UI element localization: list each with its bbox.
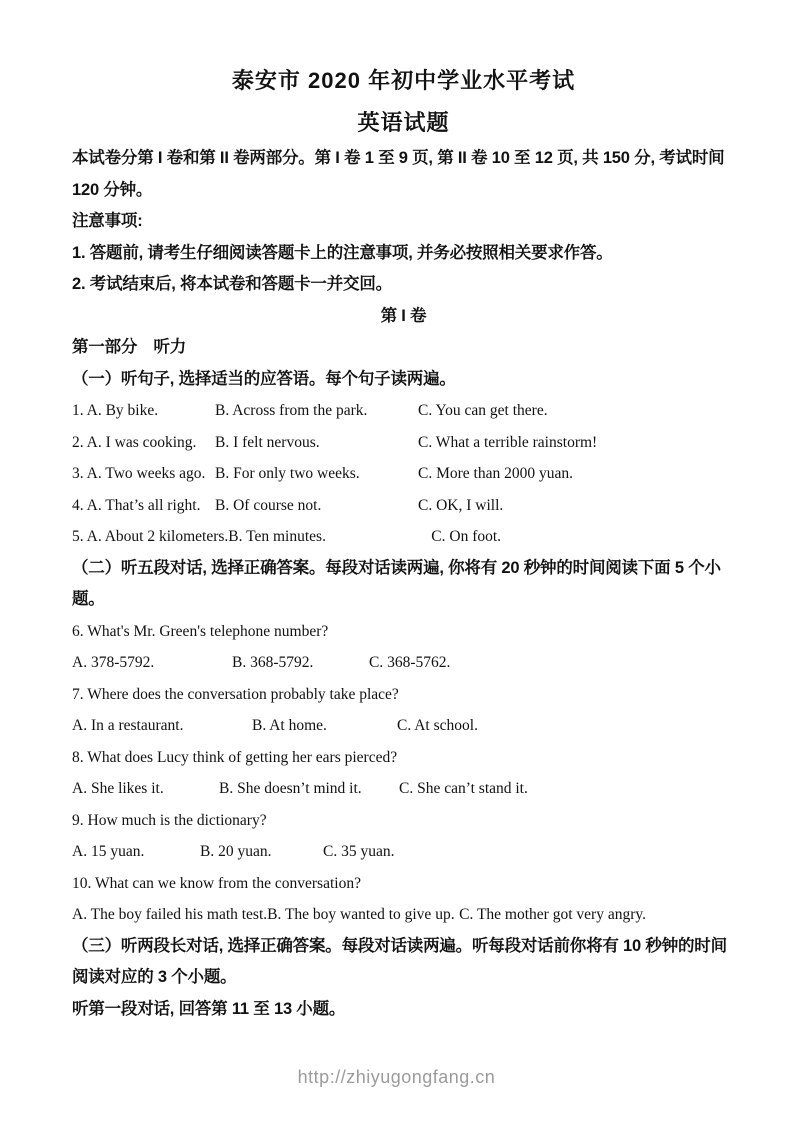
listening-q2-options-row: 2. A. I was cooking.B. I felt nervous.C.… (72, 427, 735, 459)
question-8-text: 8. What does Lucy think of getting her e… (72, 742, 735, 774)
option-a: A. In a restaurant. (72, 710, 252, 742)
option-a: 2. A. I was cooking. (72, 427, 215, 459)
part-heading: 第一部分 听力 (72, 332, 735, 364)
option-c: C. The mother got very angry. (459, 899, 646, 931)
option-a: A. 15 yuan. (72, 836, 200, 868)
question-7-options-row: A. In a restaurant.B. At home.C. At scho… (72, 710, 735, 742)
option-c: C. On foot. (431, 521, 501, 553)
listening-q1-options-row: 1. A. By bike.B. Across from the park.C.… (72, 395, 735, 427)
option-a: A. 378-5792. (72, 647, 232, 679)
intro-line-2: 120 分钟。 (72, 175, 735, 207)
section3-subheading: 听第一段对话, 回答第 11 至 13 小题。 (72, 994, 735, 1026)
listening-q5-options-row: 5. A. About 2 kilometers.B. Ten minutes.… (72, 521, 735, 553)
option-a: 4. A. That’s all right. (72, 490, 215, 522)
section1-heading: （一）听句子, 选择适当的应答语。每个句子读两遍。 (72, 364, 735, 396)
option-b: B. 368-5792. (232, 647, 369, 679)
listening-q3-options-row: 3. A. Two weeks ago.B. For only two week… (72, 458, 735, 490)
option-a: 1. A. By bike. (72, 395, 215, 427)
section2-heading-line2: 题。 (72, 584, 735, 616)
question-6-options-row: A. 378-5792.B. 368-5792.C. 368-5762. (72, 647, 735, 679)
option-c: C. She can’t stand it. (399, 773, 528, 805)
question-8-options-row: A. She likes it.B. She doesn’t mind it.C… (72, 773, 735, 805)
question-9-text: 9. How much is the dictionary? (72, 805, 735, 837)
option-b: B. I felt nervous. (215, 427, 418, 459)
notes-heading: 注意事项: (72, 206, 735, 238)
page-content: 泰安市 2020 年初中学业水平考试 英语试题 本试卷分第 I 卷和第 II 卷… (72, 66, 735, 1025)
question-10-text: 10. What can we know from the conversati… (72, 868, 735, 900)
watermark-url: http://zhiyugongfang.cn (0, 1066, 793, 1088)
option-a: A. She likes it. (72, 773, 219, 805)
option-b: B. Ten minutes. (228, 521, 431, 553)
option-b: B. At home. (252, 710, 397, 742)
option-c: C. What a terrible rainstorm! (418, 427, 597, 459)
option-c: C. You can get there. (418, 395, 548, 427)
option-b: B. Of course not. (215, 490, 418, 522)
option-b: B. Across from the park. (215, 395, 418, 427)
option-b: B. She doesn’t mind it. (219, 773, 399, 805)
option-a: A. The boy failed his math test. (72, 899, 267, 931)
volume-heading: 第 I 卷 (72, 301, 735, 333)
option-c: C. More than 2000 yuan. (418, 458, 573, 490)
option-a: 3. A. Two weeks ago. (72, 458, 215, 490)
option-c: C. At school. (397, 710, 478, 742)
intro-line-1: 本试卷分第 I 卷和第 II 卷两部分。第 I 卷 1 至 9 页, 第 II … (72, 143, 735, 175)
exam-title: 泰安市 2020 年初中学业水平考试 (72, 66, 735, 96)
option-c: C. OK, I will. (418, 490, 503, 522)
question-7-text: 7. Where does the conversation probably … (72, 679, 735, 711)
option-b: B. 20 yuan. (200, 836, 323, 868)
exam-subtitle: 英语试题 (72, 108, 735, 138)
note-item-1: 1. 答题前, 请考生仔细阅读答题卡上的注意事项, 并务必按照相关要求作答。 (72, 238, 735, 270)
question-10-options-row: A. The boy failed his math test.B. The b… (72, 899, 735, 931)
listening-q4-options-row: 4. A. That’s all right.B. Of course not.… (72, 490, 735, 522)
question-9-options-row: A. 15 yuan.B. 20 yuan.C. 35 yuan. (72, 836, 735, 868)
note-item-2: 2. 考试结束后, 将本试卷和答题卡一并交回。 (72, 269, 735, 301)
section2-heading-line1: （二）听五段对话, 选择正确答案。每段对话读两遍, 你将有 20 秒钟的时间阅读… (72, 553, 735, 585)
question-6-text: 6. What's Mr. Green's telephone number? (72, 616, 735, 648)
option-c: C. 368-5762. (369, 647, 450, 679)
option-b: B. The boy wanted to give up. (267, 899, 459, 931)
body-text: 本试卷分第 I 卷和第 II 卷两部分。第 I 卷 1 至 9 页, 第 II … (72, 143, 735, 1025)
option-c: C. 35 yuan. (323, 836, 394, 868)
section3-heading-line2: 阅读对应的 3 个小题。 (72, 962, 735, 994)
option-a: 5. A. About 2 kilometers. (72, 521, 228, 553)
exam-document-page: 泰安市 2020 年初中学业水平考试 英语试题 本试卷分第 I 卷和第 II 卷… (0, 0, 793, 1122)
option-b: B. For only two weeks. (215, 458, 418, 490)
section3-heading-line1: （三）听两段长对话, 选择正确答案。每段对话读两遍。听每段对话前你将有 10 秒… (72, 931, 735, 963)
